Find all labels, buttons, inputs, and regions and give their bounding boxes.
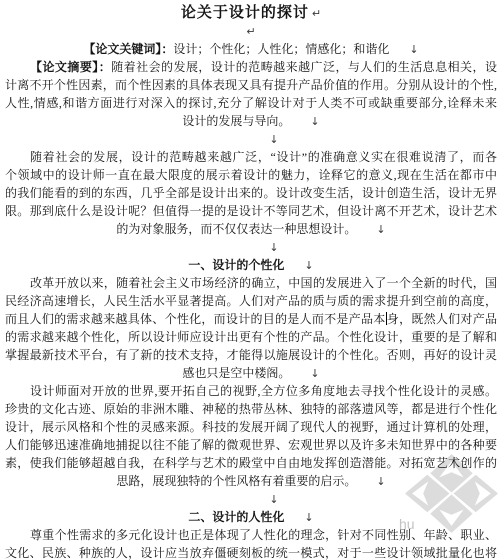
paragraph-mark-icon: ↵ (246, 25, 255, 38)
doc-line: 的为对象服务，而不仅仅表达一种思想设计。↓ (5, 220, 497, 238)
line-break-mark-icon: ↓ (269, 133, 278, 146)
doc-line: 设计，展示风格和个性的灵感来源。科技的发展开阔了现代人的视野，通过计算机的处理， (5, 418, 497, 436)
doc-text: 感也只是空中楼阁。 (182, 366, 290, 380)
doc-text: 人性,情感,和谐方面进行对深入的探讨,充分了解设计对于人类不可或缺重要部分,诠释… (5, 96, 497, 110)
doc-text: 限。那到底什么是设计呢？但值得一提的是设计不等同艺术，但设计离不开艺术，设计艺术 (5, 204, 497, 218)
doc-text: 珍贵的文化古迹、原始的非洲木雕、神秘的热带丛林、独特的部落遗风等，都是进行个性化 (5, 402, 497, 416)
doc-line: 设计师面对开放的世界,要开拓自己的视野,全方位多角度地去寻找个性化设计的灵感。 (5, 382, 497, 400)
doc-text: 身，既然人们对产品 (387, 312, 497, 326)
doc-text: 的需求越来越个性化，所以设计师应设计出更有个性的产品。个性化设计，重要的是了解和 (5, 330, 497, 344)
doc-line: 设计的发展与导向。↓ (5, 112, 497, 130)
doc-text: 计离不开个性因素，而个性因素的具体表现又具有提升产品价值的作用。分别从设计的个性… (5, 78, 497, 92)
doc-line: 思路，展现独特的个性风格有着重要的启示。↓ (5, 472, 497, 490)
line-break-mark-icon: ↓ (376, 475, 385, 488)
doc-text: 设计，展示风格和个性的灵感来源。科技的发展开阔了现代人的视野，通过计算机的处理， (5, 420, 497, 434)
doc-line: 素，使我们能够超越自我，在科学与艺术的殿堂中自由地发挥创造潜能。对拓宽艺术创作的 (5, 454, 497, 472)
document-body: 论关于设计的探讨↵↵【论文关键词】：设计；个性化；人性化；情感化；和谐化↓【论文… (0, 0, 503, 560)
paragraph-mark-icon: ↵ (312, 7, 321, 20)
formatting-mark-line: ↵ (5, 22, 497, 40)
doc-text: 文化、民族、种族的人，设计应当放弃僵硬刻板的统一模式，对于一些设计领域批量化也将 (5, 546, 497, 560)
doc-line: 计离不开个性因素，而个性因素的具体表现又具有提升产品价值的作用。分别从设计的个性… (5, 76, 497, 94)
doc-line: 掌握最新技术平台，有了新的技术支持，才能得以施展设计的个性化。否则，再好的设计灵 (5, 346, 497, 364)
doc-text: 一、设计的个性化 (188, 258, 284, 272)
doc-text: 的我们能看的到的东西，几乎全部是设计出来的。设计改变生活，设计创造生活，设计无界 (5, 186, 497, 200)
doc-text: 掌握最新技术平台，有了新的技术支持，才能得以施展设计的个性化。否则，再好的设计灵 (5, 348, 497, 362)
doc-line: 个领域中的设计师一直在最大限度的展示着设计的魅力，诠释它的意义,现在生活在都市中 (5, 166, 497, 184)
doc-line: 的需求越来越个性化，所以设计师应设计出更有个性的产品。个性化设计，重要的是了解和 (5, 328, 497, 346)
doc-text: 的为对象服务，而不仅仅表达一种思想设计。 (116, 222, 356, 236)
doc-line: 【论文关键词】：设计；个性化；人性化；情感化；和谐化↓ (5, 40, 497, 58)
doc-text: 而且人们的需求越来越具体、个性化，而设计的目的是人而不是产品本 (5, 312, 386, 326)
doc-line: 改革开放以来，随着社会主义市场经济的确立，中国的发展进入了一个全新的时代，国 (5, 274, 497, 292)
document-page: hu 论关于设计的探讨↵↵【论文关键词】：设计；个性化；人性化；情感化；和谐化↓… (0, 0, 503, 560)
doc-text: 个领域中的设计师一直在最大限度的展示着设计的魅力，诠释它的意义,现在生活在都市中 (5, 168, 497, 182)
doc-line: 【论文摘要】：随着社会的发展，设计的范畴越来越广泛，与人们的生活息息相关，设 (5, 58, 497, 76)
doc-line: 人们能够迅速准确地捕捉以往不能了解的微观世界、宏观世界以及许多未知世界中的各种要 (5, 436, 497, 454)
doc-line: 尊重个性需求的多元化设计也正是体现了人性化的理念，针对不同性别、年龄、职业、 (5, 526, 497, 544)
doc-text: 思路，展现独特的个性风格有着重要的启示。 (116, 474, 356, 488)
doc-line: 人性,情感,和谐方面进行对深入的探讨,充分了解设计对于人类不可或缺重要部分,诠释… (5, 94, 497, 112)
doc-line: 的我们能看的到的东西，几乎全部是设计出来的。设计改变生活，设计创造生活，设计无界 (5, 184, 497, 202)
doc-text: 论关于设计的探讨 (181, 5, 309, 21)
doc-text: 设计的发展与导向。 (182, 114, 290, 128)
section-heading: 一、设计的个性化↓ (5, 256, 497, 274)
doc-line: 感也只是空中楼阁。↓ (5, 364, 497, 382)
bracket-label: 【论文摘要】： (30, 60, 111, 74)
doc-text: 设计；个性化；人性化；情感化；和谐化 (173, 42, 389, 56)
doc-text: 二、设计的人性化 (188, 510, 284, 524)
line-break-mark-icon: ↓ (304, 511, 313, 524)
formatting-mark-line: ↓ (5, 238, 497, 256)
doc-line: 而且人们的需求越来越具体、个性化，而设计的目的是人而不是产品本身，既然人们对产品 (5, 310, 497, 328)
line-break-mark-icon: ↓ (310, 115, 319, 128)
doc-text: 随着社会的发展，设计的范畴越来越广泛，“设计”的准确意义实在很难说清了，而各 (30, 150, 497, 164)
doc-line: 珍贵的文化古迹、原始的非洲木雕、神秘的热带丛林、独特的部落遗风等，都是进行个性化 (5, 400, 497, 418)
formatting-mark-line: ↓ (5, 130, 497, 148)
doc-title: 论关于设计的探讨↵ (5, 4, 497, 22)
formatting-mark-line: ↓ (5, 490, 497, 508)
doc-line: 文化、民族、种族的人，设计应当放弃僵硬刻板的统一模式，对于一些设计领域批量化也将 (5, 544, 497, 560)
line-break-mark-icon: ↓ (304, 259, 313, 272)
line-break-mark-icon: ↓ (376, 223, 385, 236)
line-break-mark-icon: ↓ (269, 241, 278, 254)
section-heading: 二、设计的人性化↓ (5, 508, 497, 526)
doc-text: 设计师面对开放的世界,要开拓自己的视野,全方位多角度地去寻找个性化设计的灵感。 (30, 384, 497, 398)
doc-text: 随着社会的发展，设计的范畴越来越广泛，与人们的生活息息相关，设 (111, 60, 497, 74)
doc-line: 民经济高速增长，人民生活水平显著提高。人们对产品的质与质的需求提升到空前的高度， (5, 292, 497, 310)
doc-text: 民经济高速增长，人民生活水平显著提高。人们对产品的质与质的需求提升到空前的高度， (5, 294, 497, 308)
doc-line: 限。那到底什么是设计呢？但值得一提的是设计不等同艺术，但设计离不开艺术，设计艺术 (5, 202, 497, 220)
doc-text: 尊重个性需求的多元化设计也正是体现了人性化的理念，针对不同性别、年龄、职业、 (30, 528, 497, 542)
doc-text: 素，使我们能够超越自我，在科学与艺术的殿堂中自由地发挥创造潜能。对拓宽艺术创作的 (5, 456, 497, 470)
line-break-mark-icon: ↓ (409, 43, 418, 56)
doc-text: 人们能够迅速准确地捕捉以往不能了解的微观世界、宏观世界以及许多未知世界中的各种要 (5, 438, 497, 452)
doc-text: 改革开放以来，随着社会主义市场经济的确立，中国的发展进入了一个全新的时代，国 (30, 276, 497, 290)
line-break-mark-icon: ↓ (310, 367, 319, 380)
doc-line: 随着社会的发展，设计的范畴越来越广泛，“设计”的准确意义实在很难说清了，而各 (5, 148, 497, 166)
bracket-label: 【论文关键词】： (83, 42, 173, 56)
line-break-mark-icon: ↓ (269, 493, 278, 506)
